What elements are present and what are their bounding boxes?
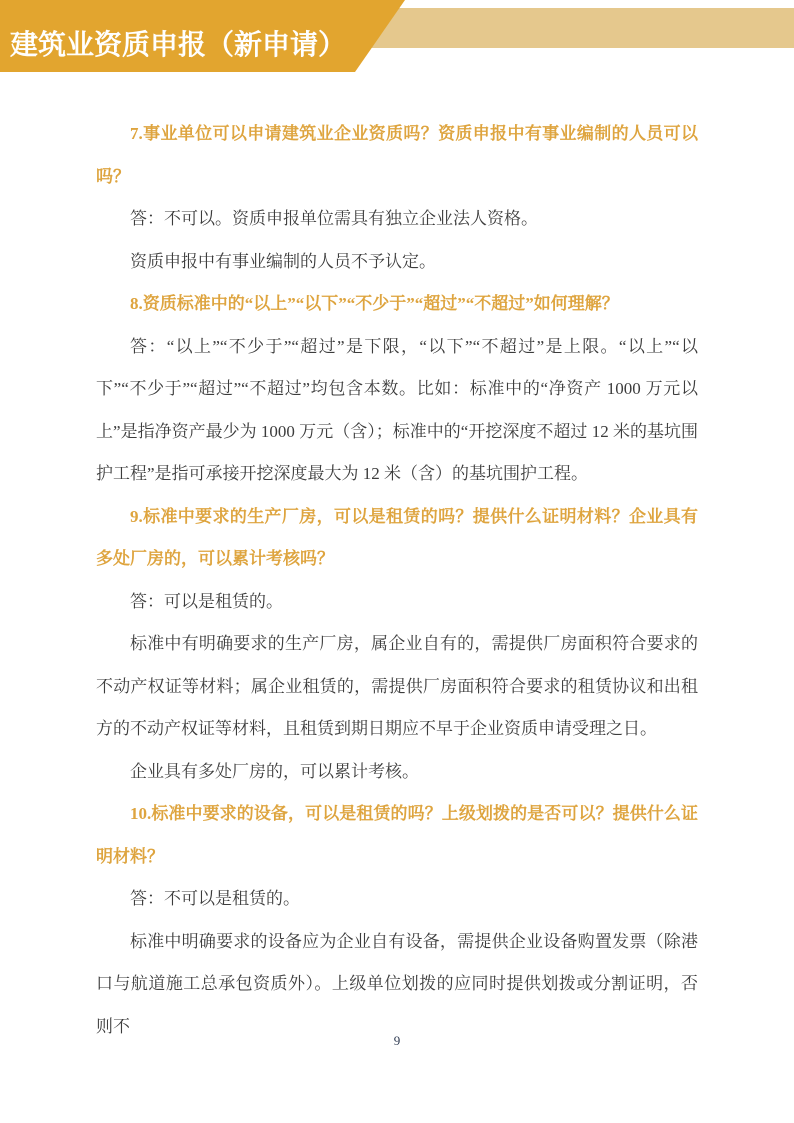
content: 7.事业单位可以申请建筑业企业资质吗？资质申报中有事业编制的人员可以吗？ 答：不… <box>96 113 698 1048</box>
document-page: 建筑业资质申报（新申请） 7.事业单位可以申请建筑业企业资质吗？资质申报中有事业… <box>0 0 794 1123</box>
answer-paragraph: 答：不可以是租赁的。 <box>96 878 698 921</box>
header-banner: 建筑业资质申报（新申请） <box>0 0 405 72</box>
footer: 9 <box>0 1032 794 1050</box>
question-paragraph: 7.事业单位可以申请建筑业企业资质吗？资质申报中有事业编制的人员可以吗？ <box>96 113 698 198</box>
page-number: 9 <box>394 1033 401 1048</box>
answer-paragraph: 答：不可以。资质申报单位需具有独立企业法人资格。 <box>96 198 698 241</box>
answer-paragraph: 标准中明确要求的设备应为企业自有设备，需提供企业设备购置发票（除港口与航道施工总… <box>96 921 698 1049</box>
answer-paragraph: 企业具有多处厂房的，可以累计考核。 <box>96 751 698 794</box>
page-title: 建筑业资质申报（新申请） <box>10 9 346 63</box>
question-paragraph: 9.标准中要求的生产厂房，可以是租赁的吗？提供什么证明材料？企业具有多处厂房的，… <box>96 496 698 581</box>
question-paragraph: 8.资质标准中的“以上”“以下”“不少于”“超过”“不超过”如何理解？ <box>96 283 698 326</box>
answer-paragraph: 标准中有明确要求的生产厂房，属企业自有的，需提供厂房面积符合要求的不动产权证等材… <box>96 623 698 751</box>
answer-paragraph: 资质申报中有事业编制的人员不予认定。 <box>96 241 698 284</box>
answer-paragraph: 答：可以是租赁的。 <box>96 581 698 624</box>
answer-paragraph: 答：“以上”“不少于”“超过”是下限，“以下”“不超过”是上限。“以上”“以下”… <box>96 326 698 496</box>
question-paragraph: 10.标准中要求的设备，可以是租赁的吗？上级划拨的是否可以？提供什么证明材料？ <box>96 793 698 878</box>
